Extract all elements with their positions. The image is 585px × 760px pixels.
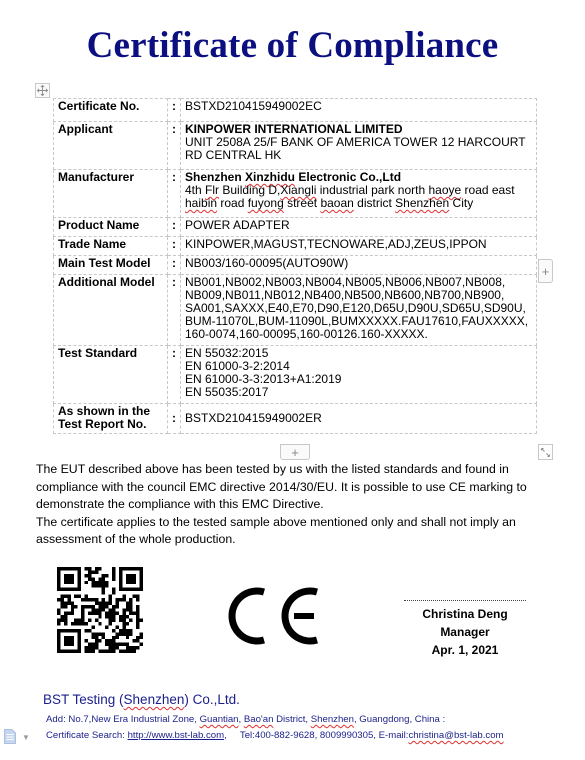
table-row-trade-name: Trade Name : KINPOWER,MAGUST,TECNOWARE,A… — [54, 237, 537, 256]
signature-date: Apr. 1, 2021 — [400, 641, 530, 659]
additional-model-label: Additional Model — [54, 275, 168, 346]
table-row-test-report: As shown in theTest Report No. : BSTXD21… — [54, 404, 537, 434]
additional-model-value: NB001,NB002,NB003,NB004,NB005,NB006,NB00… — [181, 275, 537, 346]
test-standard-item: EN 55035:2017 — [185, 386, 532, 399]
colon: : — [168, 346, 181, 404]
table-row-main-test-model: Main Test Model : NB003/160-00095(AUTO90… — [54, 256, 537, 275]
table-resize-handle[interactable] — [538, 444, 553, 460]
applicant-label: Applicant — [54, 122, 168, 170]
product-name-value: POWER ADAPTER — [181, 218, 537, 237]
add-column-button[interactable]: + — [538, 259, 553, 283]
certificate-search-link[interactable]: http://www.bst-lab.com — [128, 730, 225, 741]
compliance-statement: The EUT described above has been tested … — [36, 461, 556, 549]
signatory-name: Christina Deng — [400, 605, 530, 623]
main-test-model-label: Main Test Model — [54, 256, 168, 275]
certificate-title: Certificate of Compliance — [0, 24, 585, 67]
table-move-handle[interactable] — [35, 83, 50, 98]
footer-address: Add: No.7,New Era Industrial Zone, Guant… — [46, 714, 445, 725]
table-row-test-standard: Test Standard : EN 55032:2015 EN 61000-3… — [54, 346, 537, 404]
contact-email[interactable]: christina@bst-lab.com — [408, 730, 503, 741]
certificate-no-value: BSTXD210415949002EC — [181, 99, 537, 122]
certificate-no-label: Certificate No. — [54, 99, 168, 122]
add-row-button[interactable]: + — [280, 444, 310, 460]
trade-name-label: Trade Name — [54, 237, 168, 256]
colon: : — [168, 122, 181, 170]
qr-code — [57, 567, 143, 653]
move-icon — [37, 85, 48, 96]
test-report-label: As shown in theTest Report No. — [54, 404, 168, 434]
test-report-value: BSTXD210415949002ER — [181, 404, 537, 434]
applicant-address: UNIT 2508A 25/F BANK OF AMERICA TOWER 12… — [185, 136, 532, 162]
plus-icon: + — [542, 264, 550, 279]
manufacturer-label: Manufacturer — [54, 170, 168, 218]
chevron-down-icon[interactable]: ▼ — [22, 733, 30, 742]
colon: : — [168, 170, 181, 218]
test-standard-list: EN 55032:2015 EN 61000-3-2:2014 EN 61000… — [181, 346, 537, 404]
signatory-position: Manager — [400, 623, 530, 641]
table-row-product-name: Product Name : POWER ADAPTER — [54, 218, 537, 237]
table-row-additional-model: Additional Model : NB001,NB002,NB003,NB0… — [54, 275, 537, 346]
certificate-details-table: Certificate No. : BSTXD210415949002EC Ap… — [53, 98, 537, 434]
signature-block: Christina Deng Manager Apr. 1, 2021 — [400, 590, 530, 659]
colon: : — [168, 237, 181, 256]
statement-paragraph-2: The certificate applies to the tested sa… — [36, 514, 556, 549]
statement-paragraph-1: The EUT described above has been tested … — [36, 461, 556, 514]
colon: : — [168, 99, 181, 122]
ce-mark-icon — [228, 585, 323, 647]
product-name-label: Product Name — [54, 218, 168, 237]
footer-contact: Certificate Search: http://www.bst-lab.c… — [46, 730, 504, 741]
main-test-model-value: NB003/160-00095(AUTO90W) — [181, 256, 537, 275]
table-row-manufacturer: Manufacturer : Shenzhen Xinzhidu Electro… — [54, 170, 537, 218]
plus-icon: + — [291, 445, 299, 460]
colon: : — [168, 256, 181, 275]
paste-options-icon[interactable] — [4, 729, 16, 744]
colon: : — [168, 404, 181, 434]
colon: : — [168, 275, 181, 346]
footer-company-name: BST Testing (Shenzhen) Co.,Ltd. — [43, 692, 240, 707]
colon: : — [168, 218, 181, 237]
table-row-certificate-no: Certificate No. : BSTXD210415949002EC — [54, 99, 537, 122]
test-standard-label: Test Standard — [54, 346, 168, 404]
trade-name-value: KINPOWER,MAGUST,TECNOWARE,ADJ,ZEUS,IPPON — [181, 237, 537, 256]
signature-line — [404, 600, 526, 601]
resize-icon — [540, 447, 551, 458]
table-row-applicant: Applicant : KINPOWER INTERNATIONAL LIMIT… — [54, 122, 537, 170]
manufacturer-address: 4th Flr Building D,Xiangli industrial pa… — [185, 184, 532, 210]
